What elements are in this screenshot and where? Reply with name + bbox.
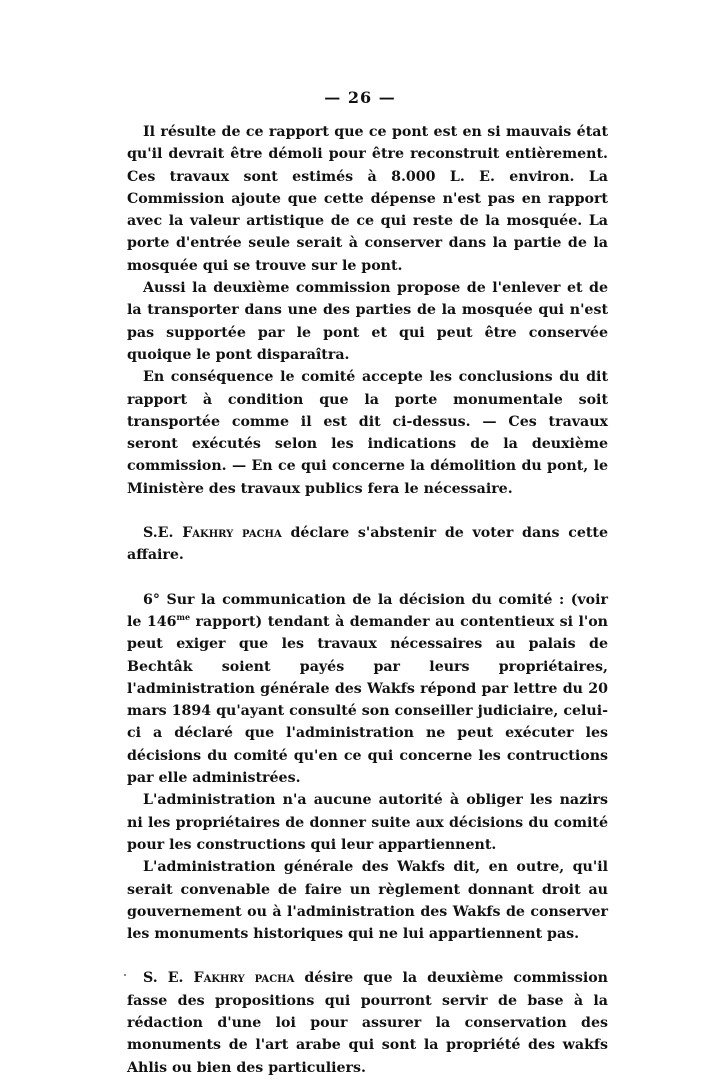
scan-artifact [124,974,126,976]
person-name: Fakhry pacha [194,970,295,986]
paragraph-fakhry-proposal: S. E. Fakhry pacha désire que la deuxièm… [127,967,608,1078]
title-prefix: S. E. [143,970,194,986]
paragraph-second-commission: Aussi la deuxième commission propose de … [127,277,608,366]
person-name: Fakhry pacha [182,525,282,541]
paragraph-fakhry-abstains: S.E. Fakhry pacha déclare s'abstenir de … [127,522,608,567]
paragraph-text: rapport) tendant à demander au contentie… [127,614,608,786]
document-body: Il résulte de ce rapport que ce pont est… [127,121,608,1079]
paragraph-item-6: 6° Sur la communication de la décision d… [127,589,608,790]
ordinal-superscript: me [177,612,191,622]
paragraph-wakfs-regulation: L'administration générale des Wakfs dit,… [127,856,608,945]
spacer [127,567,608,589]
spacer [127,945,608,967]
title-prefix: S.E. [143,525,182,541]
paragraph-no-authority: L'administration n'a aucune autorité à o… [127,789,608,856]
spacer [127,500,608,522]
paragraph-bridge-report: Il résulte de ce rapport que ce pont est… [127,121,608,277]
paragraph-committee-decision: En conséquence le comité accepte les con… [127,366,608,500]
page-number: — 26 — [0,88,720,107]
